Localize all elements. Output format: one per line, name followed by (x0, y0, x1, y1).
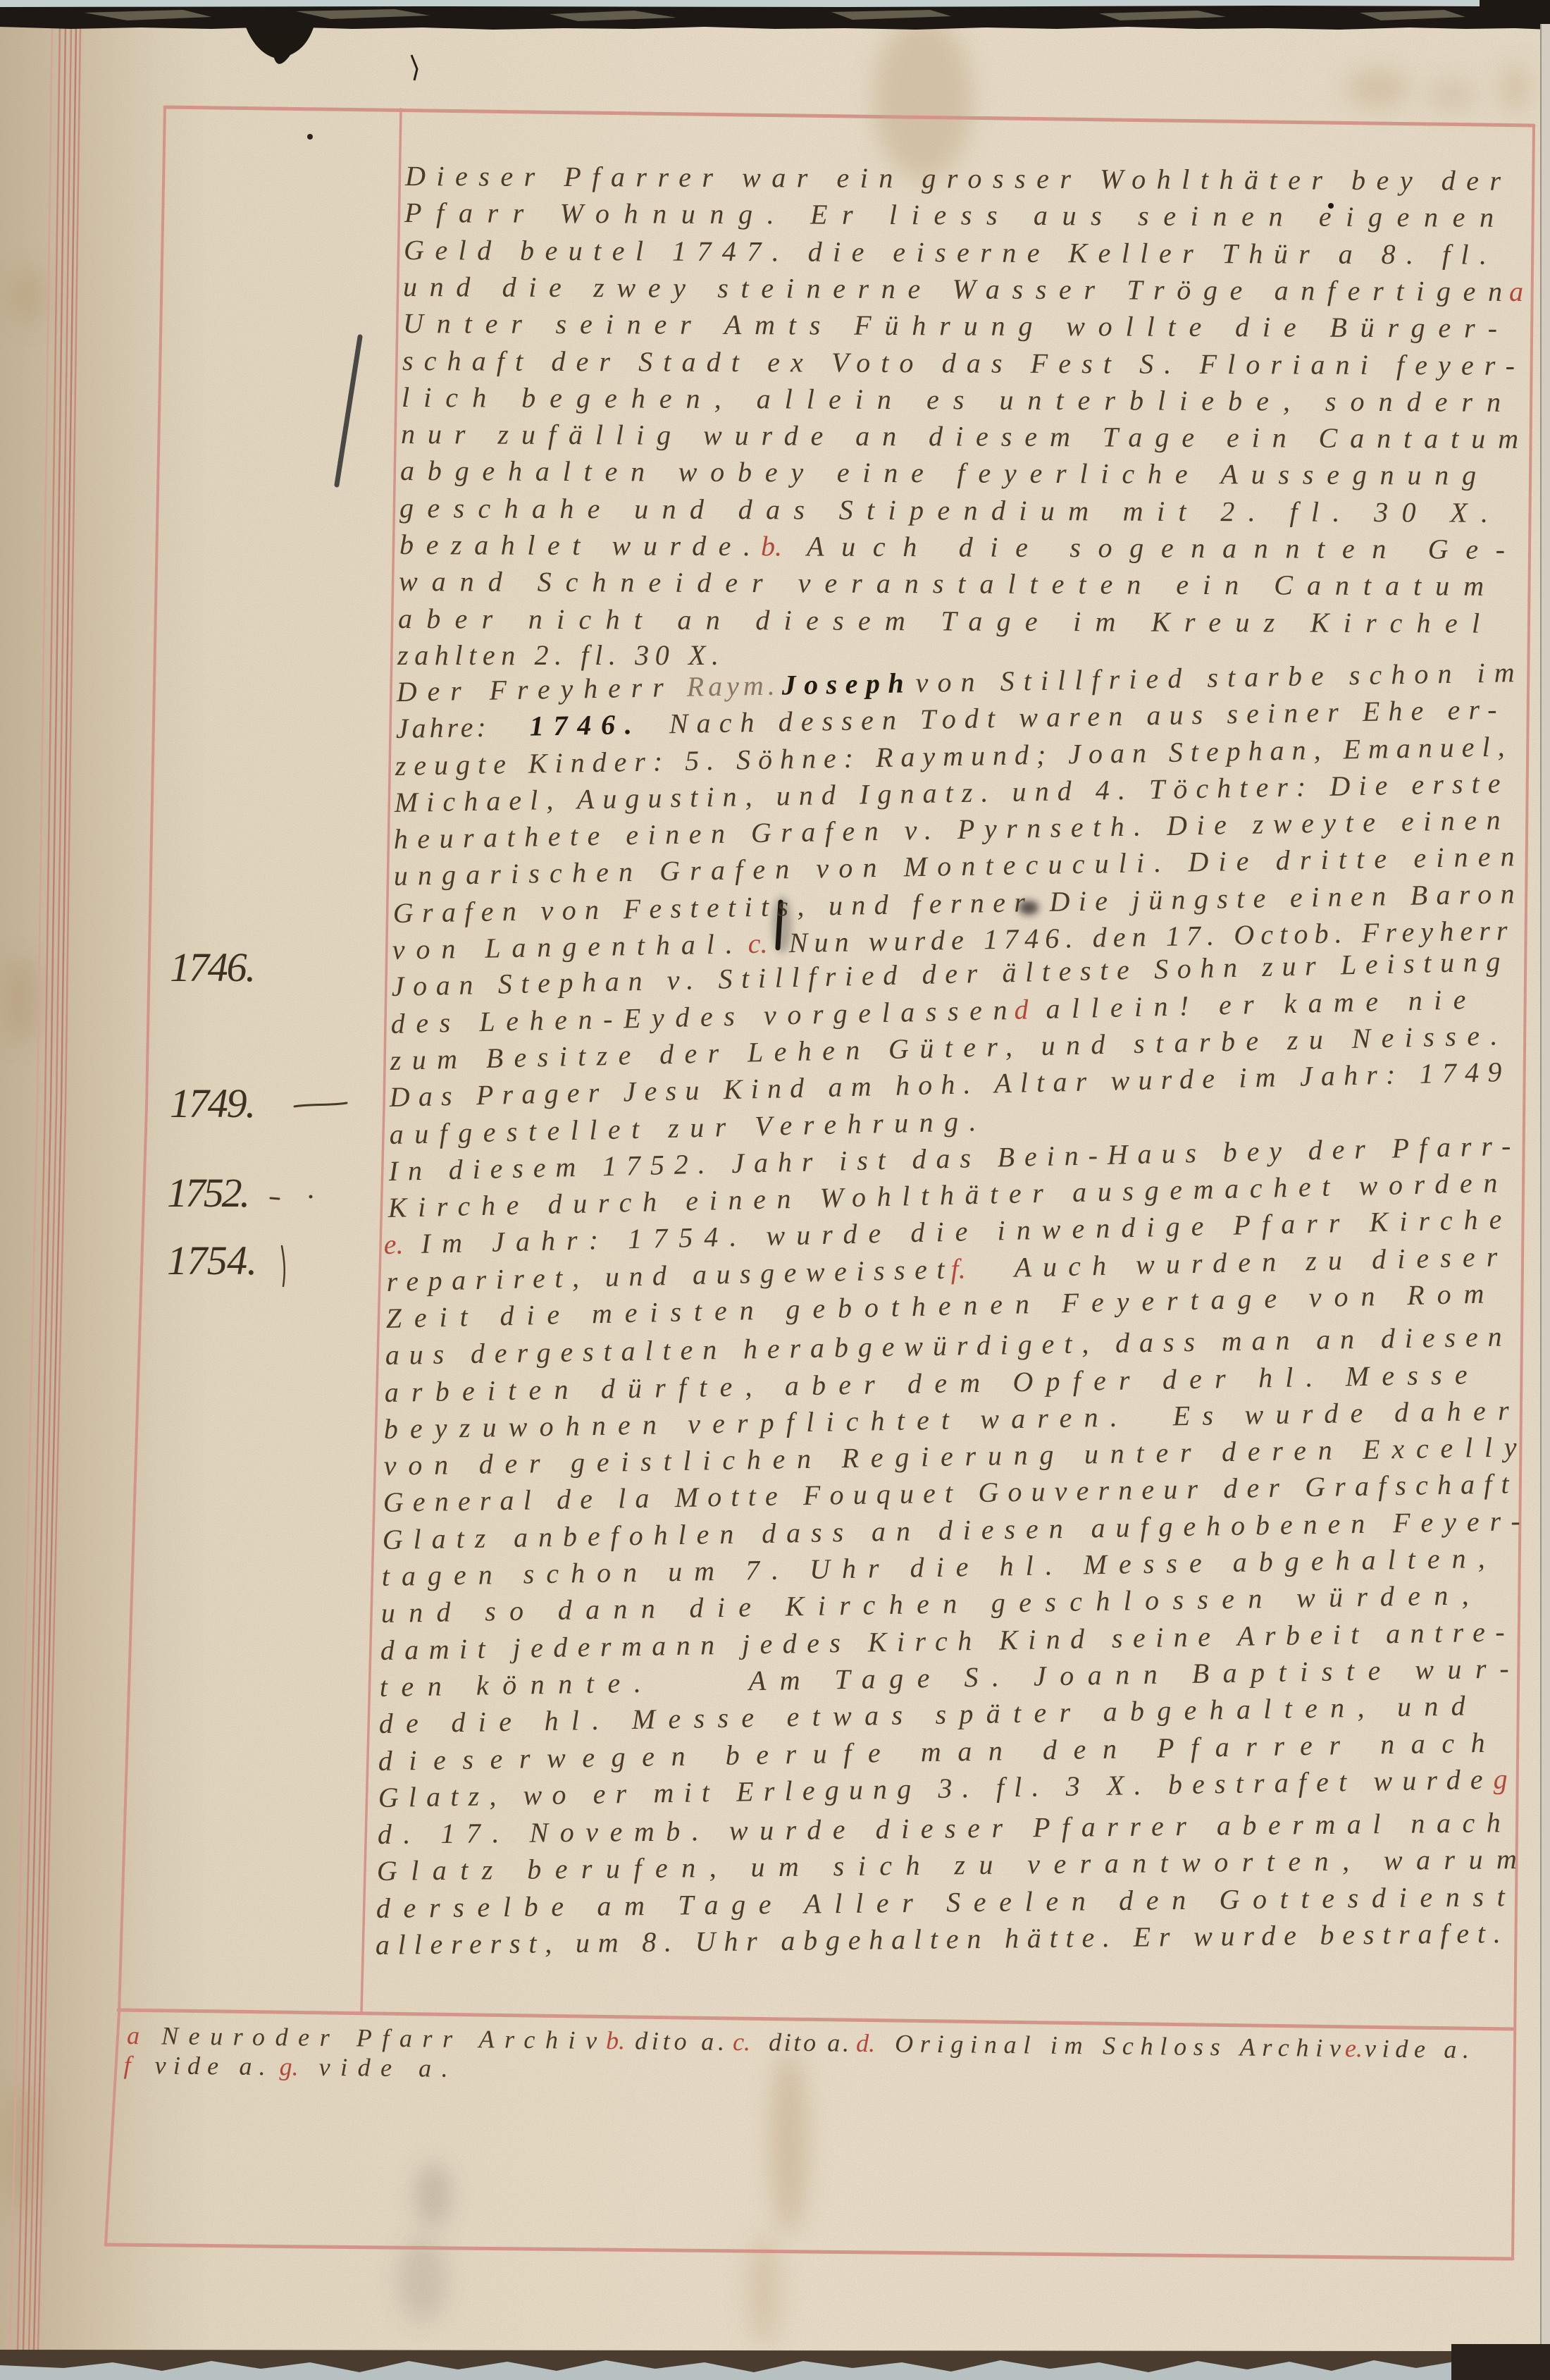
ink-speck (307, 134, 313, 140)
body-line-1: Dieser Pfarrer war ein grosser Wohlthäte… (404, 160, 1501, 197)
footnote-label-c: c. (733, 2028, 750, 2056)
margin-year-1754: 1754. (167, 1238, 257, 1283)
footnote-label-b: b. (606, 2026, 625, 2054)
footnote-ref-g: g (1493, 1763, 1508, 1794)
line-text: bezahlet wurde. (399, 529, 750, 562)
line-text: von Langenthal. (392, 928, 733, 966)
margin-year-1752: 1752. (167, 1170, 250, 1216)
footnote-label-e: e. (1345, 2034, 1363, 2062)
footnote-text: dito a. (769, 2028, 849, 2057)
line-text: nur zufällig wurde an diesem Tage ein Ca… (401, 418, 1518, 455)
margin-dot (309, 1195, 313, 1199)
footnote-ref-a: a (1509, 276, 1523, 307)
struck-name: Raym. (686, 670, 775, 703)
margin-year-1746: 1746. (170, 944, 256, 990)
footnote-ref-f: f. (950, 1252, 966, 1284)
page-edge-right (1542, 24, 1550, 2350)
manuscript-page-scan: 1746. 1749. 1752. 1754. Dieser Pfarrer w… (0, 0, 1550, 2380)
footnote-label-a: a (127, 2021, 139, 2049)
footnote-label-d: d. (856, 2029, 875, 2057)
margin-dash (271, 1198, 279, 1199)
body-line-8: nur zufällig wurde an diesem Tage ein Ca… (401, 418, 1518, 455)
footnote-ref-d: d (1014, 993, 1029, 1025)
binding-corner-bottom (1451, 2344, 1550, 2380)
margin-year-1749: 1749. (170, 1080, 256, 1126)
footnote-label-g: g. (279, 2052, 298, 2080)
footnote-ref-e: e. (383, 1228, 404, 1260)
footnote-ref-c: c. (748, 927, 768, 959)
line-text: Dieser Pfarrer war ein grosser Wohlthäte… (404, 160, 1501, 197)
footnote-ref-b: b. (761, 530, 782, 562)
